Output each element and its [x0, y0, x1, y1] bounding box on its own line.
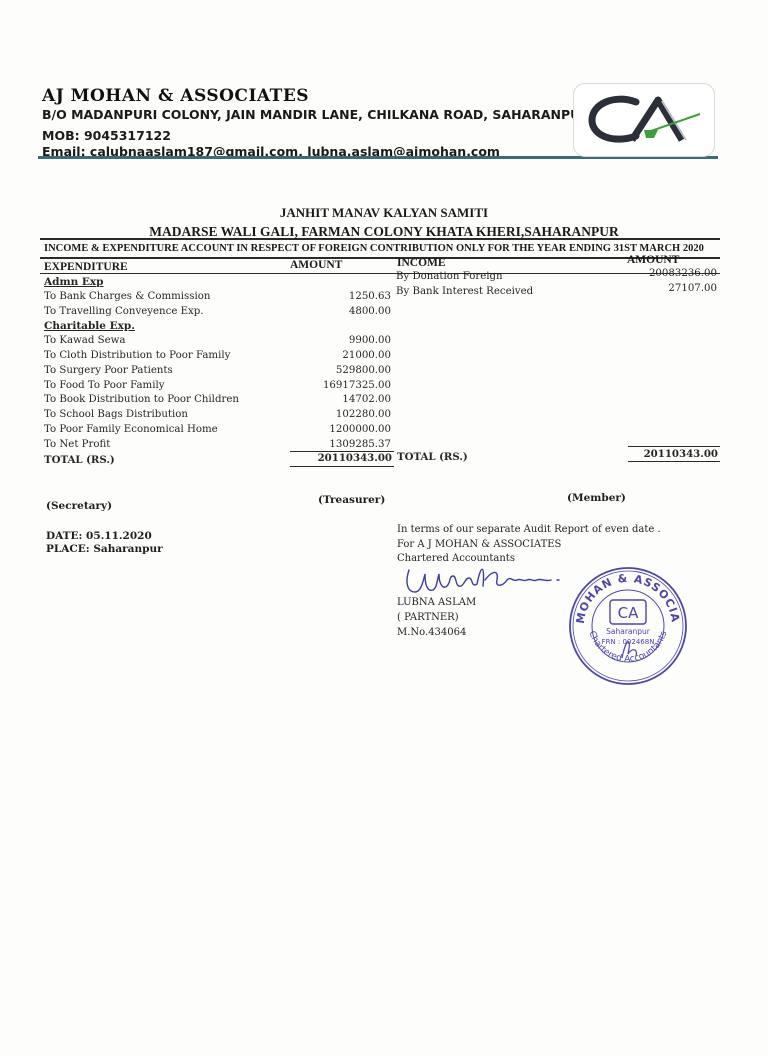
svg-text:Saharanpur: Saharanpur [606, 627, 651, 636]
title-rule-bottom [40, 257, 720, 259]
income-label: By Donation Foreign [396, 271, 503, 282]
expenditure-label: To Cloth Distribution to Poor Family [44, 350, 230, 361]
membership-number: M.No.434064 [397, 627, 466, 638]
organization-name: JANHIT MANAV KALYAN SAMITI [0, 205, 768, 221]
expenditure-label: To Surgery Poor Patients [44, 365, 173, 376]
expenditure-label: To Kawad Sewa [44, 335, 125, 346]
expenditure-label: To Travelling Conveyence Exp. [44, 306, 204, 317]
partner-role: ( PARTNER) [397, 612, 459, 623]
header-inc-amount: AMOUNT [627, 254, 679, 266]
expenditure-amount: 14702.00 [271, 394, 391, 405]
income-amount: 20083236.00 [597, 268, 717, 279]
expenditure-label: To Net Profit [44, 439, 110, 450]
place-label: PLACE: Saharanpur [46, 543, 163, 555]
expenditure-amount: 102280.00 [271, 409, 391, 420]
expenditure-amount: 16917325.00 [271, 380, 391, 391]
income-label: By Bank Interest Received [396, 286, 533, 297]
audit-statement: In terms of our separate Audit Report of… [397, 524, 661, 535]
svg-text:CA: CA [618, 604, 639, 622]
header-exp-amount: AMOUNT [290, 259, 342, 271]
expenditure-section-heading: Admn Exp [44, 276, 104, 288]
exp-total-amount: 20110343.00 [272, 452, 392, 464]
firm-name: AJ MOHAN & ASSOCIATES [42, 86, 309, 106]
member-label: (Member) [567, 492, 626, 504]
expenditure-label: To Bank Charges & Commission [44, 291, 210, 302]
firm-stamp-icon: A J MOHAN & ASSOCIATES Chartered Account… [566, 564, 690, 688]
expenditure-amount: 1309285.37 [271, 439, 391, 450]
expenditure-amount: 529800.00 [271, 365, 391, 376]
expenditure-section-heading: Charitable Exp. [44, 320, 135, 332]
inc-total-amount: 20110343.00 [598, 448, 718, 460]
inc-total-label: TOTAL (RS.) [397, 451, 468, 463]
firm-mobile: MOB: 9045317122 [42, 128, 171, 143]
header-income: INCOME [397, 257, 446, 269]
partner-name: LUBNA ASLAM [397, 597, 476, 608]
expenditure-amount: 1200000.00 [271, 424, 391, 435]
inc-total-rule-top [628, 446, 720, 447]
expenditure-label: To Book Distribution to Poor Children [44, 394, 239, 405]
expenditure-amount: 1250.63 [271, 291, 391, 302]
title-rule-top [40, 238, 720, 240]
exp-total-rule-bottom [290, 466, 394, 467]
expenditure-amount: 21000.00 [271, 350, 391, 361]
date-label: DATE: 05.11.2020 [46, 530, 152, 542]
ca-logo [573, 83, 715, 157]
header-expenditure: EXPENDITURE [44, 261, 128, 273]
ca-logo-icon [574, 84, 714, 156]
income-amount: 27107.00 [597, 283, 717, 294]
inc-total-rule-bottom [628, 461, 720, 462]
expenditure-label: To School Bags Distribution [44, 409, 188, 420]
signature-icon [395, 560, 575, 600]
expenditure-label: To Poor Family Economical Home [44, 424, 218, 435]
statement-title: INCOME & EXPENDITURE ACCOUNT IN RESPECT … [44, 243, 704, 254]
exp-total-label: TOTAL (RS.) [44, 454, 115, 466]
expenditure-amount: 9900.00 [271, 335, 391, 346]
expenditure-label: To Food To Poor Family [44, 380, 165, 391]
secretary-label: (Secretary) [46, 500, 112, 512]
expenditure-amount: 4800.00 [271, 306, 391, 317]
for-firm: For A J MOHAN & ASSOCIATES [397, 539, 561, 550]
treasurer-label: (Treasurer) [318, 494, 385, 506]
firm-address: B/O MADANPURI COLONY, JAIN MANDIR LANE, … [42, 107, 590, 122]
